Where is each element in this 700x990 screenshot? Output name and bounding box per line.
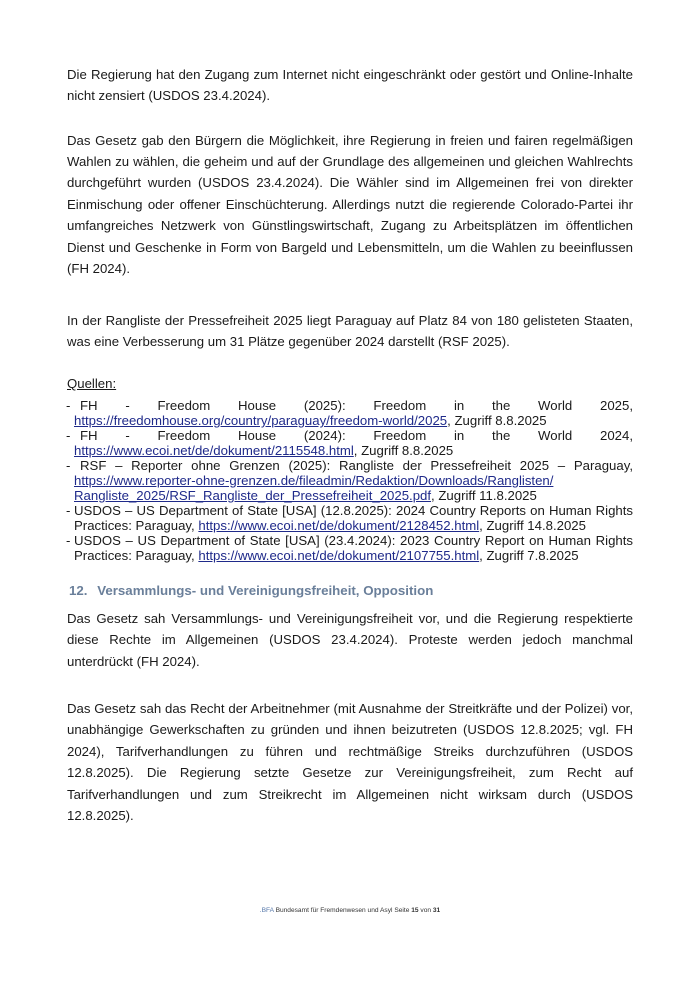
- source-access-date: , Zugriff 8.8.2025: [354, 443, 453, 458]
- list-dash: -: [66, 503, 70, 518]
- source-access-date: , Zugriff 8.8.2025: [447, 413, 546, 428]
- list-dash: -: [66, 458, 70, 473]
- section-heading: 12. Versammlungs- und Vereinigungsfreihe…: [69, 583, 433, 598]
- footer-page-label: Seite: [394, 907, 409, 914]
- list-dash: -: [66, 428, 70, 443]
- source-access-date: , Zugriff 14.8.2025: [479, 518, 586, 533]
- source-link[interactable]: https://www.ecoi.net/de/dokument/2115548…: [74, 443, 354, 458]
- source-item: - USDOS – US Department of State [USA] (…: [67, 503, 633, 533]
- footer-org: Bundesamt für Fremdenwesen und Asyl: [276, 907, 393, 914]
- source-item: - FH - Freedom House (2024): Freedom in …: [67, 428, 633, 458]
- footer-of-label: von: [420, 907, 431, 914]
- list-dash: -: [66, 398, 70, 413]
- paragraph-internet: Die Regierung hat den Zugang zum Interne…: [67, 64, 633, 107]
- sources-list: - FH - Freedom House (2025): Freedom in …: [67, 398, 633, 563]
- section-title: Versammlungs- und Vereinigungsfreiheit, …: [97, 583, 433, 598]
- list-dash: -: [66, 533, 70, 548]
- page-footer: .BFA Bundesamt für Fremdenwesen und Asyl…: [0, 907, 700, 914]
- source-citation: RSF – Reporter ohne Grenzen (2025): Rang…: [67, 458, 633, 473]
- paragraph-assembly: Das Gesetz sah Versammlungs- und Vereini…: [67, 608, 633, 672]
- paragraph-unions: Das Gesetz sah das Recht der Arbeitnehme…: [67, 698, 633, 826]
- source-item: - USDOS – US Department of State [USA] (…: [67, 533, 633, 563]
- paragraph-press-freedom: In der Rangliste der Pressefreiheit 2025…: [67, 310, 633, 353]
- source-access-date: , Zugriff 7.8.2025: [479, 548, 578, 563]
- source-access-date: , Zugriff 11.8.2025: [431, 488, 537, 503]
- footer-page-total: 31: [433, 907, 440, 914]
- paragraph-elections: Das Gesetz gab den Bürgern die Möglichke…: [67, 130, 633, 280]
- section-number: 12.: [69, 583, 88, 598]
- source-citation: FH - Freedom House (2024): Freedom in th…: [67, 428, 633, 443]
- source-item: - RSF – Reporter ohne Grenzen (2025): Ra…: [67, 458, 633, 503]
- footer-page-number: 15: [411, 907, 418, 914]
- bfa-logo: .BFA: [260, 907, 274, 914]
- source-item: - FH - Freedom House (2025): Freedom in …: [67, 398, 633, 428]
- source-link[interactable]: https://www.ecoi.net/de/dokument/2128452…: [198, 518, 479, 533]
- source-citation: FH - Freedom House (2025): Freedom in th…: [67, 398, 633, 413]
- source-link[interactable]: https://freedomhouse.org/country/paragua…: [74, 413, 447, 428]
- source-link[interactable]: https://www.ecoi.net/de/dokument/2107755…: [198, 548, 479, 563]
- sources-heading: Quellen:: [67, 376, 116, 391]
